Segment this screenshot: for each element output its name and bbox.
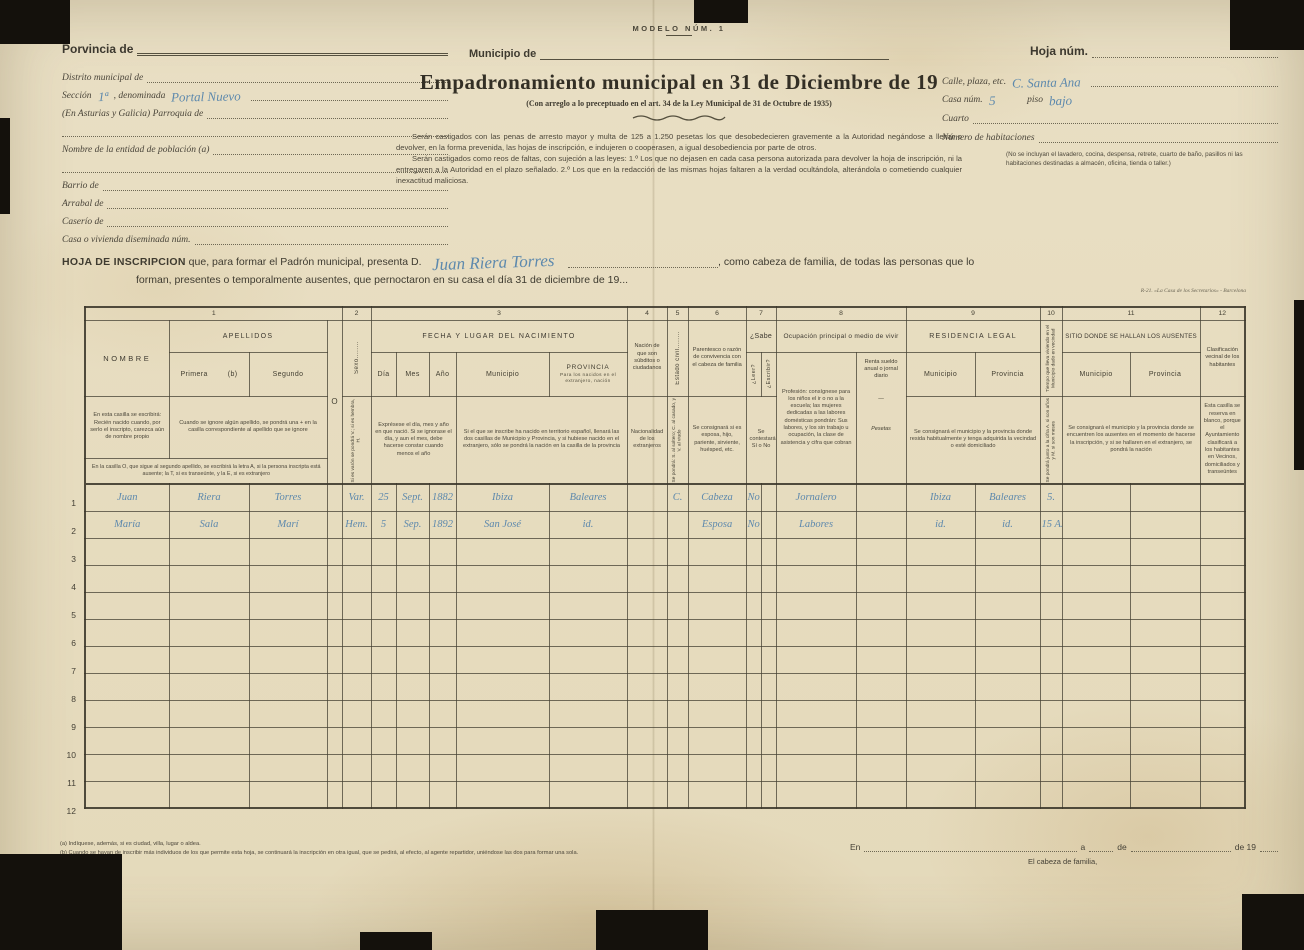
month-blank[interactable] xyxy=(1131,842,1231,852)
table-cell[interactable] xyxy=(342,619,371,646)
table-cell[interactable] xyxy=(906,700,975,727)
table-cell[interactable] xyxy=(856,565,906,592)
table-cell[interactable] xyxy=(249,700,327,727)
table-cell[interactable] xyxy=(169,592,249,619)
continuation-blank[interactable] xyxy=(62,162,448,173)
table-cell[interactable] xyxy=(1200,484,1245,511)
table-cell[interactable] xyxy=(396,538,429,565)
table-cell[interactable] xyxy=(1040,538,1062,565)
table-cell[interactable] xyxy=(342,592,371,619)
table-cell[interactable] xyxy=(1130,754,1200,781)
table-cell[interactable] xyxy=(906,727,975,754)
table-cell[interactable]: Jornalero xyxy=(776,484,856,511)
table-cell[interactable] xyxy=(85,673,169,700)
table-cell[interactable] xyxy=(776,592,856,619)
calle-value[interactable]: C. Santa Ana xyxy=(1006,78,1087,87)
table-cell[interactable] xyxy=(342,673,371,700)
table-cell[interactable] xyxy=(371,754,396,781)
table-cell[interactable] xyxy=(975,646,1040,673)
table-cell[interactable] xyxy=(627,646,667,673)
table-cell[interactable] xyxy=(429,700,456,727)
table-cell[interactable] xyxy=(396,592,429,619)
table-cell[interactable] xyxy=(746,538,761,565)
table-cell[interactable] xyxy=(1062,754,1130,781)
table-cell[interactable]: No xyxy=(746,511,761,538)
table-cell[interactable] xyxy=(746,754,761,781)
table-cell[interactable] xyxy=(327,592,342,619)
table-cell[interactable] xyxy=(761,592,776,619)
table-cell[interactable]: María xyxy=(85,511,169,538)
table-cell[interactable] xyxy=(761,646,776,673)
table-cell[interactable] xyxy=(1040,565,1062,592)
table-cell[interactable] xyxy=(327,781,342,808)
table-cell[interactable] xyxy=(627,484,667,511)
table-cell[interactable] xyxy=(627,727,667,754)
table-cell[interactable] xyxy=(456,754,549,781)
continuation-blank[interactable] xyxy=(62,126,448,137)
table-cell[interactable] xyxy=(761,754,776,781)
table-cell[interactable]: 1882 xyxy=(429,484,456,511)
table-cell[interactable] xyxy=(85,700,169,727)
table-cell[interactable] xyxy=(856,781,906,808)
header-sexo: Sexo........ xyxy=(342,320,371,396)
table-cell[interactable] xyxy=(627,565,667,592)
table-cell[interactable] xyxy=(249,727,327,754)
table-cell[interactable] xyxy=(975,592,1040,619)
table-cell[interactable] xyxy=(761,484,776,511)
table-cell[interactable] xyxy=(667,781,688,808)
table-cell[interactable] xyxy=(627,754,667,781)
table-cell[interactable] xyxy=(776,646,856,673)
table-cell[interactable] xyxy=(549,619,627,646)
table-cell[interactable] xyxy=(429,592,456,619)
table-cell[interactable] xyxy=(249,754,327,781)
table-cell[interactable] xyxy=(746,781,761,808)
table-cell[interactable]: Baleares xyxy=(549,484,627,511)
table-cell[interactable] xyxy=(549,754,627,781)
table-cell[interactable] xyxy=(776,673,856,700)
table-cell[interactable] xyxy=(456,727,549,754)
table-cell[interactable] xyxy=(342,646,371,673)
table-cell[interactable] xyxy=(667,592,688,619)
table-cell[interactable] xyxy=(249,619,327,646)
table-cell[interactable]: 1892 xyxy=(429,511,456,538)
table-cell[interactable] xyxy=(627,673,667,700)
table-cell[interactable] xyxy=(776,727,856,754)
table-cell[interactable] xyxy=(169,781,249,808)
table-cell[interactable]: id. xyxy=(906,511,975,538)
casa-diseminada-field: Casa o vivienda diseminada núm. xyxy=(62,234,448,245)
year-blank[interactable] xyxy=(1260,842,1278,852)
table-cell[interactable] xyxy=(667,646,688,673)
table-cell[interactable] xyxy=(371,592,396,619)
table-cell[interactable] xyxy=(1062,781,1130,808)
table-cell[interactable] xyxy=(1040,592,1062,619)
table-cell[interactable] xyxy=(667,673,688,700)
table-cell[interactable] xyxy=(456,646,549,673)
table-cell[interactable] xyxy=(169,646,249,673)
casa-diseminada-blank[interactable] xyxy=(195,234,448,245)
calle-blank[interactable] xyxy=(1091,76,1278,87)
table-cell[interactable] xyxy=(776,700,856,727)
table-cell[interactable] xyxy=(249,781,327,808)
table-cell[interactable]: id. xyxy=(975,511,1040,538)
table-cell[interactable] xyxy=(1130,592,1200,619)
table-cell[interactable] xyxy=(85,727,169,754)
table-cell[interactable]: Ibiza xyxy=(456,484,549,511)
table-cell[interactable] xyxy=(1200,700,1245,727)
table-cell[interactable] xyxy=(688,727,746,754)
table-cell[interactable] xyxy=(746,727,761,754)
table-cell[interactable] xyxy=(396,754,429,781)
table-cell[interactable] xyxy=(1062,538,1130,565)
table-cell[interactable] xyxy=(667,565,688,592)
table-cell[interactable] xyxy=(746,592,761,619)
table-cell[interactable] xyxy=(1200,619,1245,646)
table-cell[interactable] xyxy=(761,538,776,565)
table-cell[interactable]: id. xyxy=(549,511,627,538)
note-residencia: Se consignará el municipio y la provinci… xyxy=(906,396,1040,484)
table-cell[interactable] xyxy=(429,538,456,565)
table-cell[interactable] xyxy=(169,538,249,565)
table-cell[interactable]: 25 xyxy=(371,484,396,511)
table-cell[interactable] xyxy=(1062,700,1130,727)
table-cell[interactable] xyxy=(342,727,371,754)
table-cell[interactable] xyxy=(746,565,761,592)
table-cell[interactable] xyxy=(327,646,342,673)
table-cell[interactable] xyxy=(906,592,975,619)
table-cell[interactable]: Hem. xyxy=(342,511,371,538)
table-cell[interactable]: Juan xyxy=(85,484,169,511)
arrabal-blank[interactable] xyxy=(107,198,448,209)
table-cell[interactable] xyxy=(169,673,249,700)
table-cell[interactable] xyxy=(688,781,746,808)
day-blank[interactable] xyxy=(1089,842,1113,852)
casa-value[interactable]: 5 xyxy=(983,97,1002,105)
table-cell[interactable] xyxy=(1200,538,1245,565)
table-cell[interactable] xyxy=(456,565,549,592)
table-cell[interactable] xyxy=(85,646,169,673)
table-cell[interactable]: 5. xyxy=(1040,484,1062,511)
table-cell[interactable] xyxy=(396,727,429,754)
table-cell[interactable] xyxy=(906,646,975,673)
table-cell[interactable] xyxy=(456,592,549,619)
table-cell[interactable] xyxy=(327,484,342,511)
table-cell[interactable] xyxy=(342,538,371,565)
table-cell[interactable] xyxy=(1130,538,1200,565)
table-cell[interactable] xyxy=(906,781,975,808)
table-cell[interactable]: Baleares xyxy=(975,484,1040,511)
table-cell[interactable] xyxy=(906,754,975,781)
table-cell[interactable]: San José xyxy=(456,511,549,538)
table-cell[interactable] xyxy=(169,727,249,754)
table-cell[interactable] xyxy=(1040,727,1062,754)
table-cell[interactable] xyxy=(1200,592,1245,619)
table-cell[interactable] xyxy=(975,619,1040,646)
table-cell[interactable]: Torres xyxy=(249,484,327,511)
table-cell[interactable] xyxy=(746,619,761,646)
table-cell[interactable] xyxy=(169,700,249,727)
cuarto-blank[interactable] xyxy=(973,113,1278,124)
table-cell[interactable] xyxy=(975,727,1040,754)
table-cell[interactable]: Marí xyxy=(249,511,327,538)
presenter-name[interactable]: Juan Riera Torres xyxy=(421,256,564,271)
table-cell[interactable] xyxy=(776,781,856,808)
table-cell[interactable] xyxy=(169,565,249,592)
table-cell[interactable] xyxy=(429,727,456,754)
table-cell[interactable] xyxy=(1200,673,1245,700)
table-cell[interactable] xyxy=(371,781,396,808)
table-cell[interactable] xyxy=(549,781,627,808)
table-cell[interactable] xyxy=(688,673,746,700)
table-cell[interactable] xyxy=(688,538,746,565)
table-cell[interactable] xyxy=(776,619,856,646)
table-cell[interactable] xyxy=(856,619,906,646)
table-cell[interactable] xyxy=(429,565,456,592)
table-cell[interactable] xyxy=(746,673,761,700)
table-cell[interactable]: Esposa xyxy=(688,511,746,538)
table-cell[interactable] xyxy=(975,565,1040,592)
table-cell[interactable] xyxy=(856,511,906,538)
table-cell[interactable] xyxy=(627,592,667,619)
table-cell[interactable] xyxy=(85,592,169,619)
table-cell[interactable] xyxy=(456,673,549,700)
table-cell[interactable] xyxy=(761,619,776,646)
table-cell[interactable] xyxy=(1130,565,1200,592)
table-cell[interactable] xyxy=(249,565,327,592)
place-blank[interactable] xyxy=(864,842,1076,852)
table-cell[interactable] xyxy=(906,673,975,700)
table-cell[interactable] xyxy=(761,727,776,754)
table-cell[interactable] xyxy=(549,592,627,619)
table-cell[interactable] xyxy=(396,646,429,673)
table-cell[interactable] xyxy=(667,511,688,538)
presenter-blank[interactable] xyxy=(568,257,718,268)
table-cell[interactable] xyxy=(327,565,342,592)
table-cell[interactable] xyxy=(856,592,906,619)
table-cell[interactable] xyxy=(85,538,169,565)
table-cell[interactable] xyxy=(761,511,776,538)
table-cell[interactable] xyxy=(1040,754,1062,781)
table-cell[interactable] xyxy=(327,727,342,754)
table-cell[interactable]: Sept. xyxy=(396,484,429,511)
caserio-blank[interactable] xyxy=(107,216,448,227)
table-cell[interactable] xyxy=(1200,727,1245,754)
table-cell[interactable] xyxy=(975,673,1040,700)
table-cell[interactable] xyxy=(429,781,456,808)
table-cell[interactable] xyxy=(1130,781,1200,808)
table-cell[interactable] xyxy=(975,538,1040,565)
table-cell[interactable] xyxy=(1130,511,1200,538)
table-cell[interactable] xyxy=(856,673,906,700)
piso-value[interactable]: bajo xyxy=(1043,97,1078,106)
table-cell[interactable] xyxy=(856,754,906,781)
table-cell[interactable] xyxy=(429,754,456,781)
table-cell[interactable] xyxy=(1130,619,1200,646)
table-cell[interactable] xyxy=(688,700,746,727)
table-cell[interactable] xyxy=(627,781,667,808)
table-cell[interactable] xyxy=(85,754,169,781)
table-cell[interactable] xyxy=(667,727,688,754)
table-cell[interactable] xyxy=(1062,592,1130,619)
table-cell[interactable] xyxy=(688,646,746,673)
table-cell[interactable] xyxy=(1040,673,1062,700)
table-cell[interactable] xyxy=(1200,565,1245,592)
table-cell[interactable] xyxy=(342,754,371,781)
table-cell[interactable] xyxy=(761,565,776,592)
table-cell[interactable] xyxy=(249,538,327,565)
table-cell[interactable] xyxy=(776,538,856,565)
table-cell[interactable] xyxy=(975,754,1040,781)
table-cell[interactable] xyxy=(85,781,169,808)
table-cell[interactable] xyxy=(549,565,627,592)
table-cell[interactable]: Var. xyxy=(342,484,371,511)
table-cell[interactable] xyxy=(456,700,549,727)
table-cell[interactable] xyxy=(856,727,906,754)
table-cell[interactable] xyxy=(1062,646,1130,673)
table-cell[interactable] xyxy=(1062,619,1130,646)
table-cell[interactable] xyxy=(371,673,396,700)
table-cell[interactable] xyxy=(429,673,456,700)
table-cell[interactable] xyxy=(249,646,327,673)
table-cell[interactable] xyxy=(761,781,776,808)
table-cell[interactable] xyxy=(549,700,627,727)
table-cell[interactable]: 15 A. xyxy=(1040,511,1062,538)
table-cell[interactable] xyxy=(1200,646,1245,673)
table-cell[interactable] xyxy=(627,538,667,565)
table-cell[interactable] xyxy=(327,754,342,781)
table-cell[interactable] xyxy=(688,565,746,592)
table-cell[interactable] xyxy=(327,511,342,538)
table-cell[interactable] xyxy=(371,700,396,727)
table-cell[interactable] xyxy=(342,700,371,727)
table-cell[interactable] xyxy=(396,700,429,727)
table-cell[interactable] xyxy=(1062,565,1130,592)
table-cell[interactable] xyxy=(906,538,975,565)
table-cell[interactable] xyxy=(327,619,342,646)
denominada-value[interactable]: Portal Nuevo xyxy=(165,92,247,101)
table-cell[interactable] xyxy=(761,700,776,727)
table-cell[interactable] xyxy=(746,700,761,727)
table-cell[interactable] xyxy=(396,673,429,700)
table-cell[interactable] xyxy=(856,484,906,511)
table-cell[interactable] xyxy=(856,700,906,727)
table-cell[interactable] xyxy=(667,754,688,781)
table-cell[interactable] xyxy=(429,646,456,673)
table-cell[interactable] xyxy=(1062,484,1130,511)
table-cell[interactable] xyxy=(667,538,688,565)
table-cell[interactable]: Labores xyxy=(776,511,856,538)
table-cell[interactable] xyxy=(396,781,429,808)
table-cell[interactable]: Ibiza xyxy=(906,484,975,511)
table-cell[interactable] xyxy=(667,700,688,727)
habitaciones-blank[interactable] xyxy=(1039,132,1278,143)
table-cell[interactable] xyxy=(371,727,396,754)
table-cell[interactable]: Sep. xyxy=(396,511,429,538)
seccion-value[interactable]: 1ª xyxy=(91,93,113,101)
table-cell[interactable] xyxy=(627,619,667,646)
table-cell[interactable] xyxy=(169,754,249,781)
table-cell[interactable] xyxy=(1200,511,1245,538)
table-cell[interactable]: C. xyxy=(667,484,688,511)
table-cell[interactable] xyxy=(856,646,906,673)
table-cell[interactable] xyxy=(627,700,667,727)
table-cell[interactable] xyxy=(761,673,776,700)
table-cell[interactable] xyxy=(1040,781,1062,808)
table-cell[interactable] xyxy=(371,646,396,673)
table-cell[interactable] xyxy=(456,538,549,565)
torn-edge xyxy=(1230,0,1304,50)
table-cell[interactable] xyxy=(906,565,975,592)
table-cell[interactable] xyxy=(1062,673,1130,700)
table-cell[interactable] xyxy=(327,538,342,565)
table-cell[interactable] xyxy=(327,700,342,727)
table-cell[interactable] xyxy=(1062,727,1130,754)
table-cell[interactable] xyxy=(169,619,249,646)
table-cell[interactable] xyxy=(1040,619,1062,646)
table-cell[interactable] xyxy=(456,619,549,646)
table-cell[interactable] xyxy=(249,592,327,619)
table-cell[interactable] xyxy=(396,619,429,646)
table-cell[interactable] xyxy=(1040,700,1062,727)
table-cell[interactable] xyxy=(688,754,746,781)
table-cell[interactable] xyxy=(371,565,396,592)
table-cell[interactable] xyxy=(327,673,342,700)
table-cell[interactable] xyxy=(396,565,429,592)
table-cell[interactable] xyxy=(85,565,169,592)
table-cell[interactable] xyxy=(1130,646,1200,673)
table-cell[interactable] xyxy=(776,754,856,781)
table-cell[interactable] xyxy=(627,511,667,538)
table-cell[interactable] xyxy=(549,646,627,673)
table-cell[interactable] xyxy=(1200,754,1245,781)
table-cell[interactable] xyxy=(776,565,856,592)
table-cell[interactable] xyxy=(1130,727,1200,754)
table-cell[interactable] xyxy=(1130,484,1200,511)
table-cell[interactable] xyxy=(975,700,1040,727)
table-cell[interactable] xyxy=(906,619,975,646)
table-cell[interactable] xyxy=(249,673,327,700)
table-cell[interactable]: No xyxy=(746,484,761,511)
table-cell[interactable] xyxy=(975,781,1040,808)
table-cell[interactable] xyxy=(549,727,627,754)
table-cell[interactable]: Sala xyxy=(169,511,249,538)
table-cell[interactable] xyxy=(1130,673,1200,700)
municipio-blank[interactable] xyxy=(540,49,889,60)
table-cell[interactable] xyxy=(371,619,396,646)
table-cell[interactable] xyxy=(85,619,169,646)
table-cell[interactable] xyxy=(856,538,906,565)
table-cell[interactable] xyxy=(549,538,627,565)
table-cell[interactable] xyxy=(667,619,688,646)
table-cell[interactable] xyxy=(1200,781,1245,808)
table-cell[interactable] xyxy=(429,619,456,646)
table-cell[interactable]: 5 xyxy=(371,511,396,538)
table-cell[interactable] xyxy=(688,619,746,646)
table-cell[interactable] xyxy=(746,646,761,673)
table-cell[interactable]: Riera xyxy=(169,484,249,511)
table-cell[interactable] xyxy=(1062,511,1130,538)
table-cell[interactable] xyxy=(342,781,371,808)
table-cell[interactable] xyxy=(549,673,627,700)
table-cell[interactable] xyxy=(1130,700,1200,727)
table-cell[interactable] xyxy=(688,592,746,619)
table-cell[interactable] xyxy=(456,781,549,808)
table-cell[interactable]: Cabeza xyxy=(688,484,746,511)
table-cell[interactable] xyxy=(342,565,371,592)
table-cell[interactable] xyxy=(1040,646,1062,673)
table-cell[interactable] xyxy=(371,538,396,565)
